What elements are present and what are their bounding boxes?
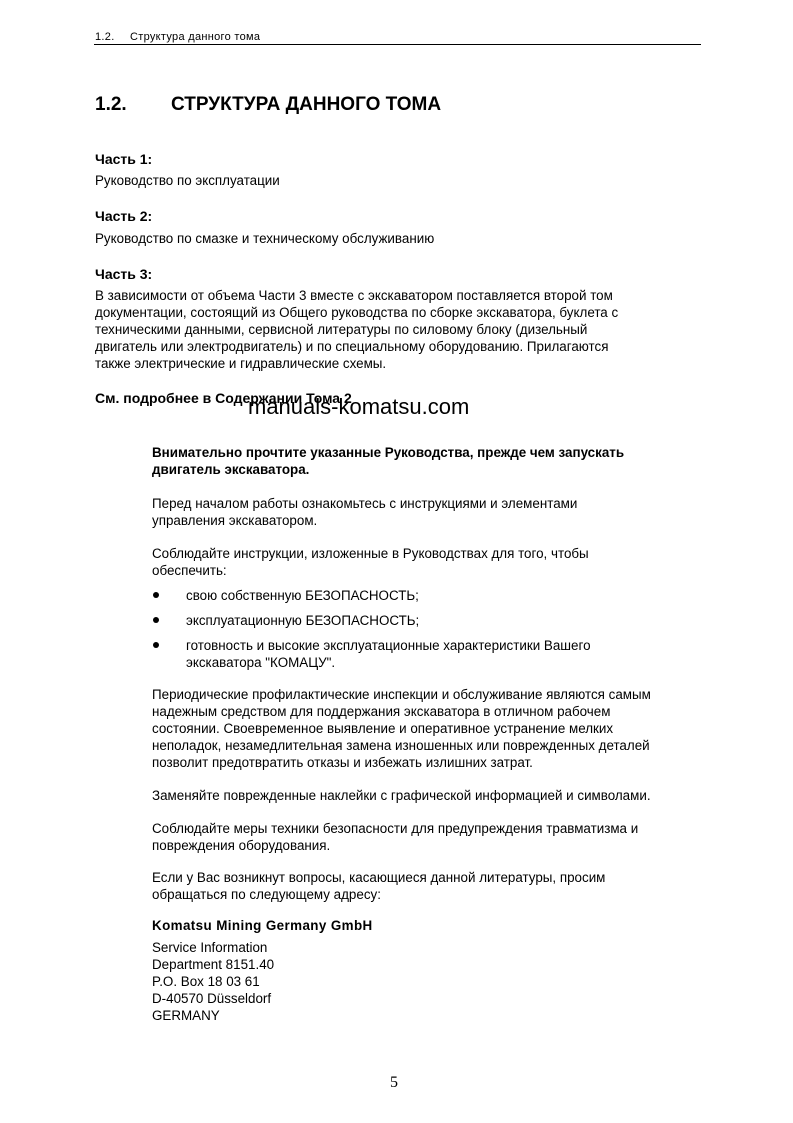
text-line: обеспечить: [152, 562, 589, 579]
text-line: Заменяйте поврежденные наклейки с графич… [152, 787, 651, 804]
running-header-number: 1.2. [95, 31, 130, 43]
part-1-heading: Часть 1: [95, 151, 152, 167]
text-line: эксплуатационную БЕЗОПАСНОСТЬ; [186, 612, 419, 629]
bullet-item-2: эксплуатационную БЕЗОПАСНОСТЬ; [186, 612, 419, 629]
bullet-icon [153, 617, 159, 623]
address-line: Service Information [152, 939, 274, 956]
maintenance-paragraph: Периодические профилактические инспекции… [152, 686, 651, 771]
part-2-heading: Часть 2: [95, 208, 152, 224]
part-1-description: Руководство по эксплуатации [95, 172, 280, 189]
text-line: Если у Вас возникнут вопросы, касающиеся… [152, 869, 605, 886]
text-line: Руководство по смазке и техническому обс… [95, 230, 434, 247]
address-line: D-40570 Düsseldorf [152, 990, 274, 1007]
part-3-description: В зависимости от объема Части 3 вместе с… [95, 287, 618, 372]
bullet-icon [153, 592, 159, 598]
text-line: управления экскаватором. [152, 512, 577, 529]
familiarize-paragraph: Перед началом работы ознакомьтесь с инст… [152, 495, 577, 529]
text-line: готовность и высокие эксплуатационные ха… [186, 637, 591, 654]
part-3-heading: Часть 3: [95, 266, 152, 282]
text-line: повреждения оборудования. [152, 837, 638, 854]
text-line: Руководство по эксплуатации [95, 172, 280, 189]
bullet-icon [153, 642, 159, 648]
header-rule [94, 44, 701, 45]
text-line: состоянии. Своевременное выявление и опе… [152, 720, 651, 737]
text-line: свою собственную БЕЗОПАСНОСТЬ; [186, 587, 419, 604]
section-title: 1.2.СТРУКТУРА ДАННОГО ТОМА [95, 94, 441, 116]
text-line: документации, состоящий из Общего руково… [95, 304, 618, 321]
text-line: Периодические профилактические инспекции… [152, 686, 651, 703]
running-header: 1.2.Структура данного тома [95, 31, 260, 43]
text-line: неполадок, незамедлительная замена изнош… [152, 737, 651, 754]
company-name: Komatsu Mining Germany GmbH [152, 918, 373, 933]
warning-paragraph: Внимательно прочтите указанные Руководст… [152, 444, 624, 478]
section-number: 1.2. [95, 94, 171, 116]
text-line: Соблюдайте меры техники безопасности для… [152, 820, 638, 837]
text-line: Перед началом работы ознакомьтесь с инст… [152, 495, 577, 512]
part-2-description: Руководство по смазке и техническому обс… [95, 230, 434, 247]
safety-paragraph: Соблюдайте меры техники безопасности для… [152, 820, 638, 854]
stickers-paragraph: Заменяйте поврежденные наклейки с графич… [152, 787, 651, 804]
text-line: обращаться по следующему адресу: [152, 886, 605, 903]
text-line: позволит предотвратить отказы и избежать… [152, 754, 651, 771]
text-line: техническими данными, сервисной литерату… [95, 321, 618, 338]
text-line: двигатель или электродвигатель) и по спе… [95, 338, 618, 355]
text-line: экскаватора "КОМАЦУ". [186, 654, 591, 671]
address-line: GERMANY [152, 1007, 274, 1024]
address-line: P.O. Box 18 03 61 [152, 973, 274, 990]
text-line: двигатель экскаватора. [152, 461, 624, 478]
text-line: также электрические и гидравлические схе… [95, 355, 618, 372]
address-block: Service Information Department 8151.40 P… [152, 939, 274, 1024]
watermark: manuals-komatsu.com [248, 394, 469, 420]
text-line: В зависимости от объема Части 3 вместе с… [95, 287, 618, 304]
address-line: Department 8151.40 [152, 956, 274, 973]
text-line: Внимательно прочтите указанные Руководст… [152, 444, 624, 461]
bullet-item-3: готовность и высокие эксплуатационные ха… [186, 637, 591, 671]
running-header-title: Структура данного тома [130, 31, 260, 43]
page-number: 5 [390, 1074, 398, 1092]
text-line: надежным средством для поддержания экска… [152, 703, 651, 720]
bullet-item-1: свою собственную БЕЗОПАСНОСТЬ; [186, 587, 419, 604]
text-line: Соблюдайте инструкции, изложенные в Руко… [152, 545, 589, 562]
observe-paragraph: Соблюдайте инструкции, изложенные в Руко… [152, 545, 589, 579]
questions-paragraph: Если у Вас возникнут вопросы, касающиеся… [152, 869, 605, 903]
section-title-text: СТРУКТУРА ДАННОГО ТОМА [171, 94, 441, 115]
